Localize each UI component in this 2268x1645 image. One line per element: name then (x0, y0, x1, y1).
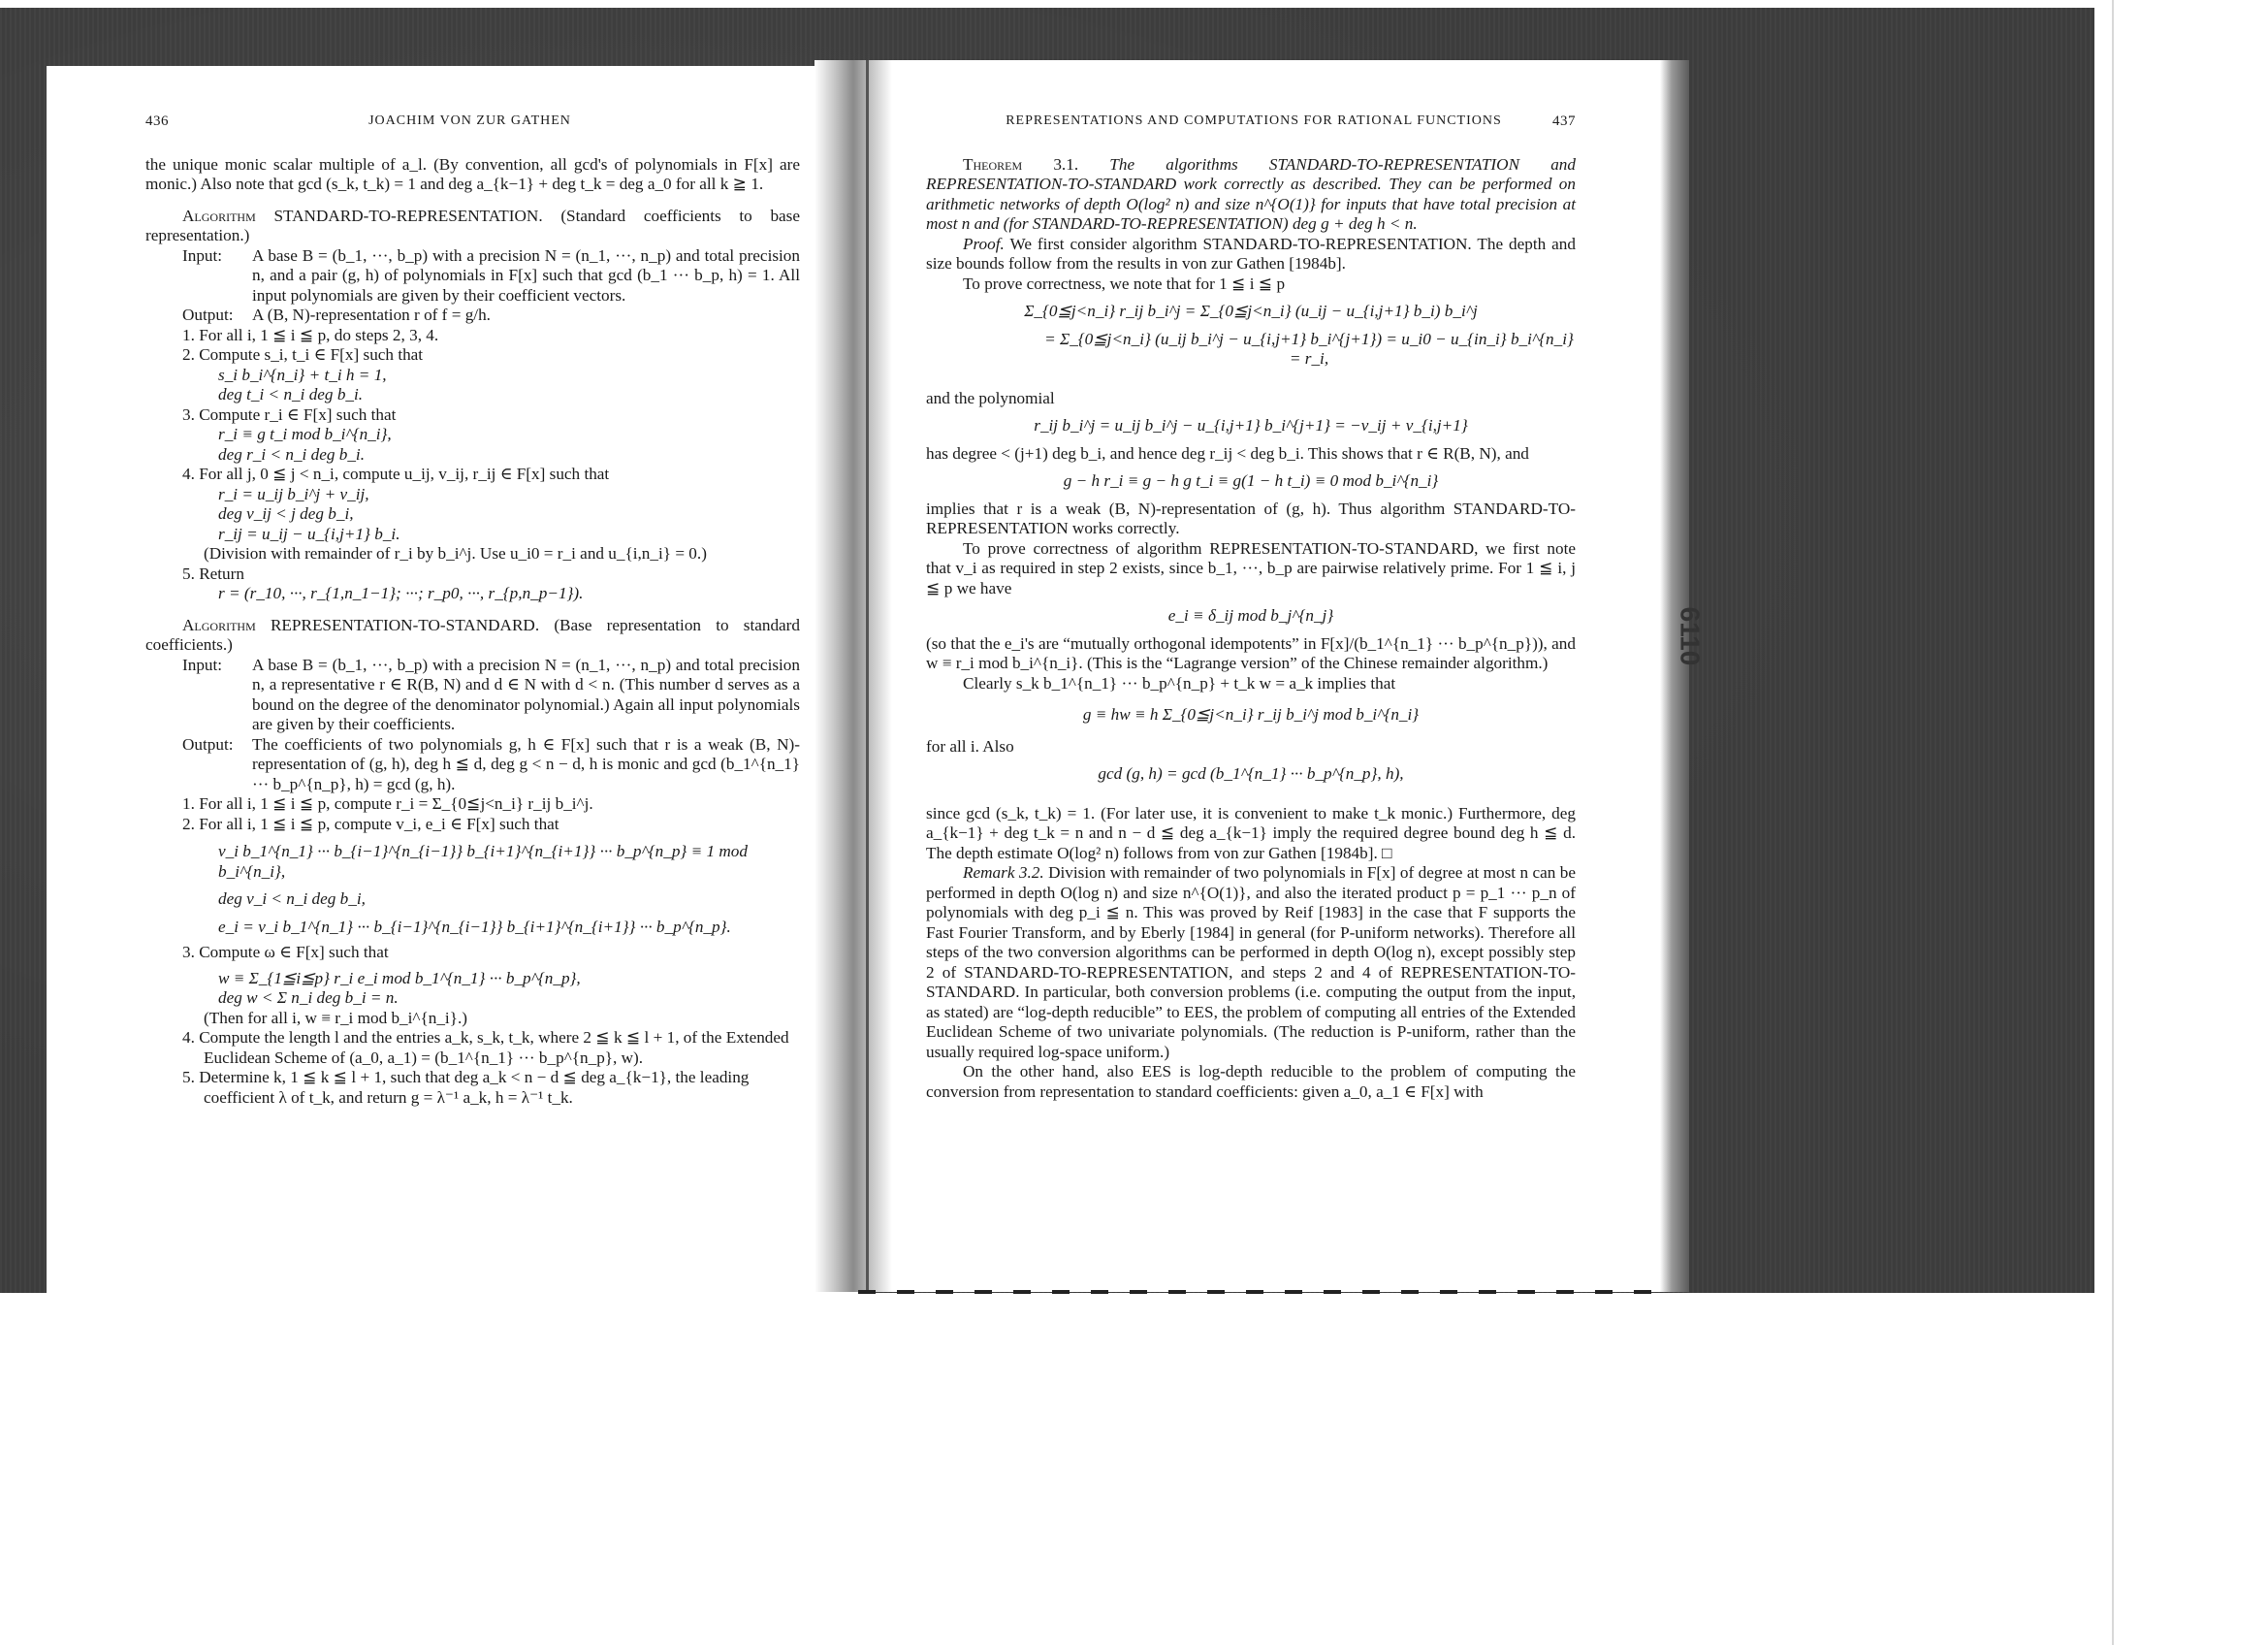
page-bottom-edge (858, 1290, 1673, 1294)
input-text: A base B = (b_1, ···, b_p) with a precis… (252, 246, 800, 306)
algo2-step: 1. For all i, 1 ≦ i ≦ p, compute r_i = Σ… (182, 794, 800, 815)
output-label: Output: (182, 306, 252, 326)
remark-text: Division with remainder of two polynomia… (926, 863, 1576, 1061)
equation: Σ_{0≦j<n_i} r_ij b_i^j = Σ_{0≦j<n_i} (u_… (926, 302, 1576, 322)
algo2-step: 3. Compute ω ∈ F[x] such that (182, 943, 800, 963)
algo2-step-eq: deg w < Σ n_i deg b_i = n. (218, 988, 800, 1009)
left-page-text: 436 JOACHIM VON ZUR GATHEN the unique mo… (145, 112, 800, 1108)
equation: r_ij b_i^j = u_ij b_i^j − u_{i,j+1} b_i^… (926, 416, 1576, 436)
intro-paragraph: the unique monic scalar multiple of a_l.… (145, 155, 800, 195)
page-number: 437 (1552, 112, 1576, 132)
gutter-line (866, 60, 869, 1292)
remark-label: Remark 3.2. (963, 863, 1044, 882)
algo2-step: 5. Determine k, 1 ≦ k ≦ l + 1, such that… (182, 1068, 800, 1108)
edge-tab-mark: 6110 (1674, 607, 1705, 666)
page-edge-shadow (1660, 60, 1689, 1292)
algo2-heading: Algorithm REPRESENTATION-TO-STANDARD. (B… (145, 616, 800, 656)
paragraph: implies that r is a weak (B, N)-represen… (926, 500, 1576, 539)
algo1-heading: Algorithm STANDARD-TO-REPRESENTATION. (S… (145, 207, 800, 246)
paragraph: for all i. Also (926, 737, 1576, 758)
equation: g − h r_i ≡ g − h g t_i ≡ g(1 − h t_i) ≡… (926, 471, 1576, 492)
algo1-step: 3. Compute r_i ∈ F[x] such that (182, 405, 800, 426)
equation: e_i ≡ δ_ij mod b_j^{n_j} (926, 606, 1576, 627)
left-running-head: 436 JOACHIM VON ZUR GATHEN (145, 112, 800, 132)
algo1-step: 2. Compute s_i, t_i ∈ F[x] such that (182, 345, 800, 366)
theorem-label: Theorem 3.1. (963, 155, 1078, 174)
paragraph: Clearly s_k b_1^{n_1} ··· b_p^{n_p} + t_… (926, 674, 1576, 694)
algo2-io: Input: A base B = (b_1, ···, b_p) with a… (182, 656, 800, 795)
algo1-step-eq: deg r_i < n_i deg b_i. (218, 445, 800, 466)
algo2-step-eq: w ≡ Σ_{1≦i≦p} r_i e_i mod b_1^{n_1} ··· … (218, 969, 800, 989)
proof-paragraph: Proof. We first consider algorithm STAND… (926, 235, 1576, 274)
running-head-title: JOACHIM VON ZUR GATHEN (368, 112, 571, 132)
right-page-text: REPRESENTATIONS AND COMPUTATIONS FOR RAT… (926, 112, 1576, 1102)
algo1-step: 5. Return (182, 564, 800, 585)
algo2-step-eq: v_i b_1^{n_1} ··· b_{i−1}^{n_{i−1}} b_{i… (218, 842, 800, 882)
input-label: Input: (182, 246, 252, 306)
algo2-step: 2. For all i, 1 ≦ i ≦ p, compute v_i, e_… (182, 815, 800, 835)
paragraph: To prove correctness, we note that for 1… (926, 274, 1576, 295)
input-label: Input: (182, 656, 252, 735)
algo2-step-eq: deg v_i < n_i deg b_i, (218, 889, 800, 910)
input-text: A base B = (b_1, ···, b_p) with a precis… (252, 656, 800, 735)
algo-label: Algorithm (182, 207, 256, 225)
paragraph: and the polynomial (926, 389, 1576, 409)
algo1-step: 1. For all i, 1 ≦ i ≦ p, do steps 2, 3, … (182, 326, 800, 346)
scan-edge (2112, 0, 2114, 1645)
algo-label: Algorithm (182, 616, 256, 634)
book-gutter (815, 60, 892, 1292)
output-text: A (B, N)-representation r of f = g/h. (252, 306, 800, 326)
algo2-step: 4. Compute the length l and the entries … (182, 1028, 800, 1068)
algo2-note: (Then for all i, w ≡ r_i mod b_i^{n_i}.) (204, 1009, 800, 1029)
remark: Remark 3.2. Division with remainder of t… (926, 863, 1576, 1062)
running-head-title: REPRESENTATIONS AND COMPUTATIONS FOR RAT… (1006, 112, 1502, 132)
algo1-step-eq: r_i = u_ij b_i^j + v_ij, (218, 485, 800, 505)
page-number: 436 (145, 112, 169, 132)
output-label: Output: (182, 735, 252, 795)
algo1-step-eq: deg t_i < n_i deg b_i. (218, 385, 800, 405)
theorem: Theorem 3.1. The algorithms STANDARD-TO-… (926, 155, 1576, 235)
equation: g ≡ hw ≡ h Σ_{0≦j<n_i} r_ij b_i^j mod b_… (926, 705, 1576, 726)
paragraph: (so that the e_i's are “mutually orthogo… (926, 634, 1576, 674)
paragraph: On the other hand, also EES is log-depth… (926, 1062, 1576, 1102)
algo1-step: 4. For all j, 0 ≦ j < n_i, compute u_ij,… (182, 465, 800, 485)
output-text: The coefficients of two polynomials g, h… (252, 735, 800, 795)
equation: gcd (g, h) = gcd (b_1^{n_1} ··· b_p^{n_p… (926, 764, 1576, 785)
algo1-input: Input: A base B = (b_1, ···, b_p) with a… (182, 246, 800, 326)
algo2-step-eq: e_i = v_i b_1^{n_1} ··· b_{i−1}^{n_{i−1}… (218, 918, 800, 938)
algo1-step-eq: s_i b_i^{n_i} + t_i h = 1, (218, 366, 800, 386)
proof-text: We first consider algorithm STANDARD-TO-… (926, 235, 1576, 274)
right-running-head: REPRESENTATIONS AND COMPUTATIONS FOR RAT… (926, 112, 1576, 132)
paragraph: since gcd (s_k, t_k) = 1. (For later use… (926, 804, 1576, 864)
algo1-step-eq: r_i ≡ g t_i mod b_i^{n_i}, (218, 425, 800, 445)
algo1-step-eq: deg v_ij < j deg b_i, (218, 504, 800, 525)
paragraph: To prove correctness of algorithm REPRES… (926, 539, 1576, 599)
algo1-step-eq: r = (r_10, ···, r_{1,n_1−1}; ···; r_p0, … (218, 584, 800, 604)
algo1-step-eq: r_ij = u_ij − u_{i,j+1} b_i. (218, 525, 800, 545)
algo1-note: (Division with remainder of r_i by b_i^j… (204, 544, 800, 564)
proof-label: Proof. (963, 235, 1005, 253)
equation: = Σ_{0≦j<n_i} (u_ij b_i^j − u_{i,j+1} b_… (926, 330, 1576, 370)
paragraph: has degree < (j+1) deg b_i, and hence de… (926, 444, 1576, 465)
